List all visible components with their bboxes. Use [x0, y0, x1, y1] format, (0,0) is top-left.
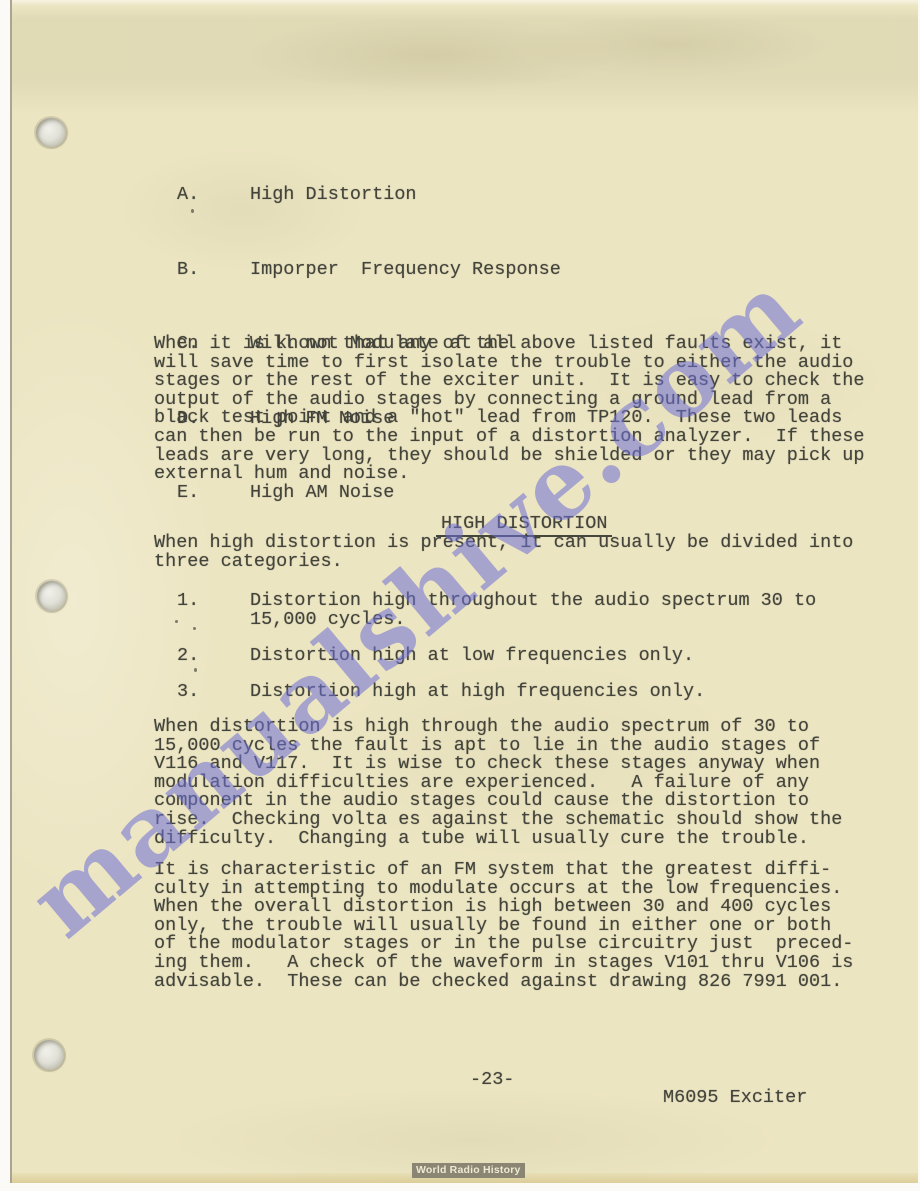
paragraph-4: It is characteristic of an FM system tha…: [154, 861, 853, 991]
stray-mark: [191, 209, 194, 213]
category-item-label: 1.: [177, 592, 250, 629]
scanned-page: A.High Distortion B.Imporper Frequency R…: [10, 0, 918, 1183]
stray-mark: [175, 620, 178, 623]
category-item-label: 3.: [177, 683, 250, 702]
fault-item-text: High Distortion: [250, 186, 417, 205]
fault-list-item: B.Imporper Frequency Response: [177, 261, 561, 280]
paragraph-2: When high distortion is present, it can …: [154, 534, 853, 571]
fault-list-item: A.High Distortion: [177, 186, 561, 205]
fault-item-label: B.: [177, 261, 250, 280]
paragraph-3: When distortion is high through the audi…: [154, 718, 842, 848]
page-number: -23-: [470, 1071, 514, 1090]
stray-mark: [193, 627, 196, 630]
category-list-item: 2.Distortion high at low frequencies onl…: [177, 647, 694, 666]
category-item-label: 2.: [177, 647, 250, 666]
punch-hole-bottom: [34, 1040, 64, 1070]
fault-item-label: A.: [177, 186, 250, 205]
footer-banner: World Radio History: [412, 1163, 525, 1178]
fault-item-text: Imporper Frequency Response: [250, 261, 561, 280]
category-item-text: Distortion high at high frequencies only…: [250, 683, 705, 702]
punch-hole-top: [36, 118, 66, 147]
punch-hole-middle: [37, 581, 66, 611]
paragraph-1: When it is known that any of the above l…: [154, 335, 865, 484]
stray-mark: [194, 668, 197, 672]
category-list-item: 1.Distortion high throughout the audio s…: [177, 592, 816, 629]
category-item-text: Distortion high at low frequencies only.: [250, 647, 694, 666]
doc-title: M6095 Exciter: [663, 1089, 807, 1108]
category-item-text: Distortion high throughout the audio spe…: [250, 592, 816, 629]
category-list-item: 3.Distortion high at high frequencies on…: [177, 683, 705, 702]
